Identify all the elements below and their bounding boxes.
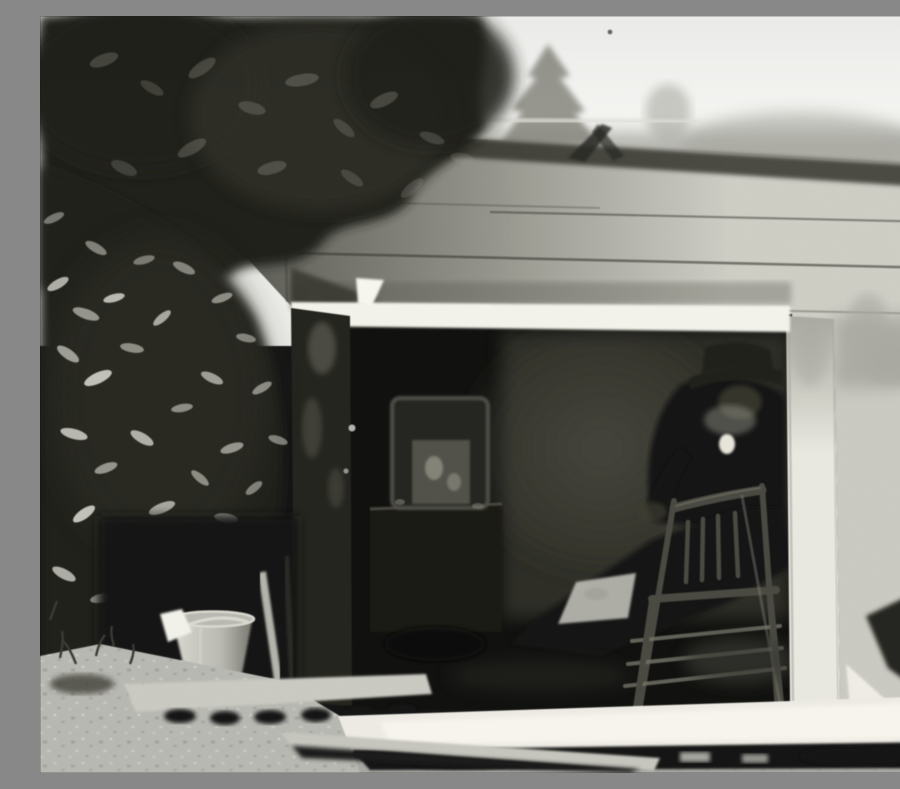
film-grain xyxy=(40,16,900,773)
vintage-photograph xyxy=(40,16,900,773)
photo-scene xyxy=(40,16,900,773)
